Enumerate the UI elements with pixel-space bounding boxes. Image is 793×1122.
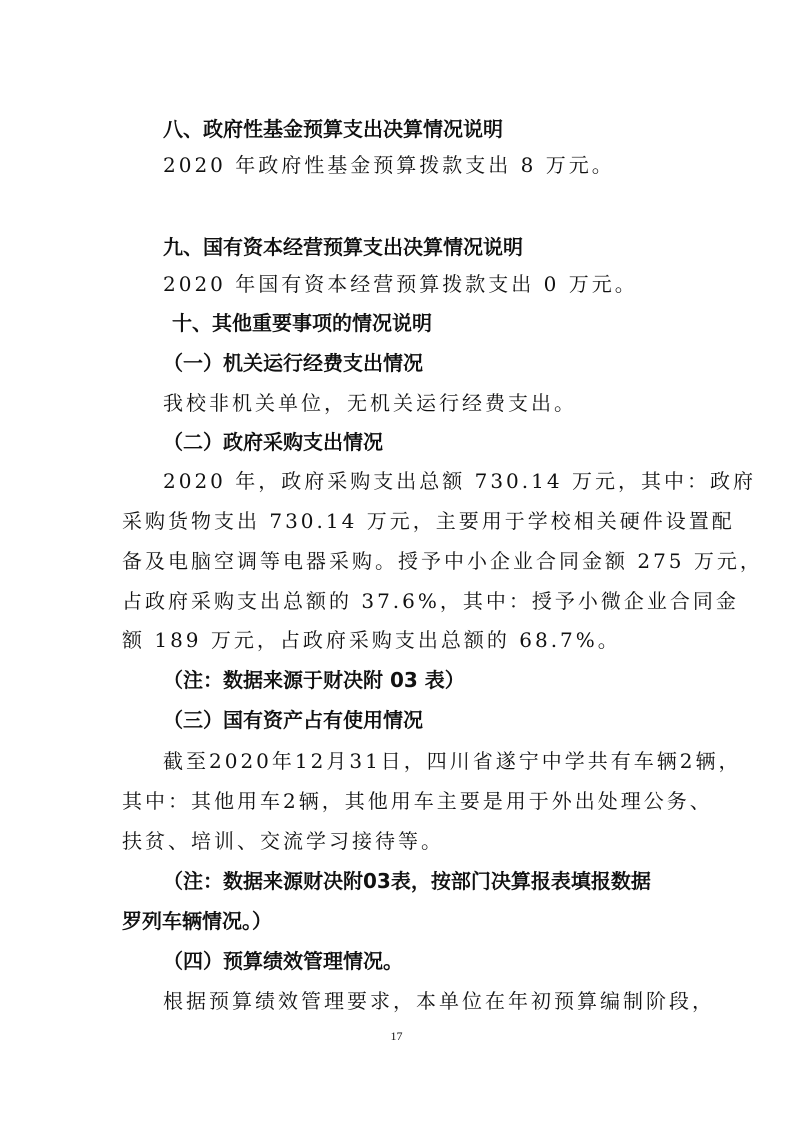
subsection-2-body-line: 采购货物支出 730.14 万元，主要用于学校相关硬件设置配	[122, 508, 735, 534]
section-9-heading: 九、国有资本经营预算支出决算情况说明	[163, 234, 523, 260]
subsection-2-body-line: 额 189 万元，占政府采购支出总额的 68.7%。	[122, 627, 621, 653]
subsection-3-body-line: 其中：其他用车2辆，其他用车主要是用于外出处理公务、	[122, 788, 713, 814]
subsection-4-body-line: 根据预算绩效管理要求，本单位在年初预算编制阶段，	[163, 988, 715, 1014]
section-8-heading: 八、政府性基金预算支出决算情况说明	[163, 116, 503, 142]
subsection-2-body-line: 占政府采购支出总额的 37.6%，其中：授予小微企业合同金	[122, 588, 739, 614]
section-9-body: 2020 年国有资本经营预算拨款支出 0 万元。	[163, 271, 638, 297]
subsection-4-heading: （四）预算绩效管理情况。	[163, 948, 403, 974]
subsection-3-heading: （三）国有资产占有使用情况	[163, 707, 423, 733]
section-10-heading: 十、其他重要事项的情况说明	[172, 310, 432, 336]
page-number: 17	[0, 1029, 793, 1044]
subsection-3-note-line: 罗列车辆情况。）	[122, 908, 272, 934]
subsection-3-body-line: 扶贫、培训、交流学习接待等。	[122, 828, 444, 854]
subsection-1-heading: （一）机关运行经费支出情况	[163, 350, 423, 376]
subsection-3-body-line: 截至2020年12月31日，四川省遂宁中学共有车辆2辆，	[163, 748, 742, 774]
subsection-3-note-line: （注：数据来源财决附03表，按部门决算报表填报数据	[163, 868, 651, 894]
section-8-body: 2020 年政府性基金预算拨款支出 8 万元。	[163, 152, 615, 178]
subsection-2-body-line: 备及电脑空调等电器采购。授予中小企业合同金额 275 万元，	[122, 548, 763, 574]
subsection-2-body-line: 2020 年，政府采购支出总额 730.14 万元，其中：政府	[163, 468, 756, 494]
subsection-2-note: （注：数据来源于财决附 03 表）	[163, 667, 465, 693]
document-page: 八、政府性基金预算支出决算情况说明 2020 年政府性基金预算拨款支出 8 万元…	[0, 0, 793, 1122]
subsection-2-heading: （二）政府采购支出情况	[163, 429, 383, 455]
subsection-1-body: 我校非机关单位，无机关运行经费支出。	[163, 390, 577, 416]
